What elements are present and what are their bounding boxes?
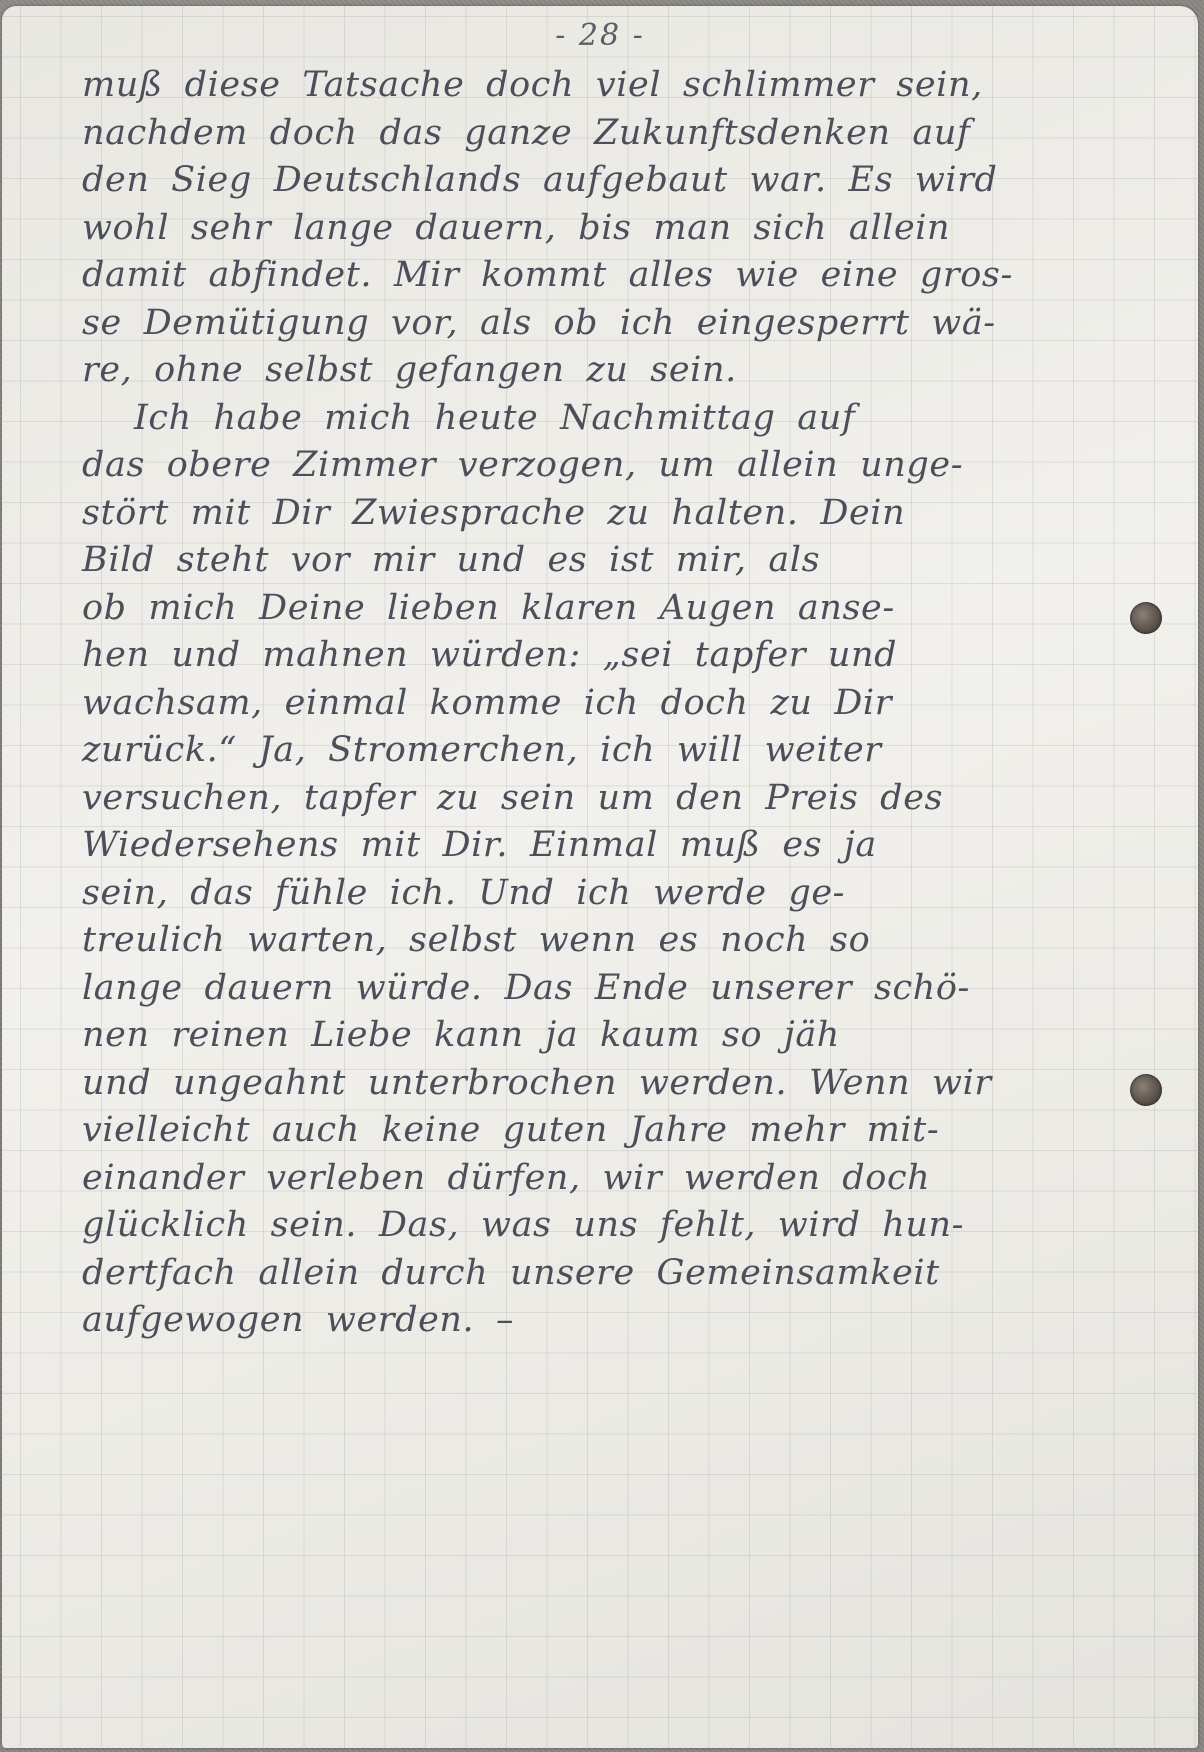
text-line: zurück.“ Ja, Stromerchen, ich will weite… — [82, 727, 1198, 775]
text-line: einander verleben dürfen, wir werden doc… — [82, 1155, 1198, 1203]
text-line: vielleicht auch keine guten Jahre mehr m… — [82, 1107, 1198, 1155]
text-line: damit abfindet. Mir kommt alles wie eine… — [82, 252, 1198, 300]
text-line: aufgewogen werden. – — [82, 1297, 1198, 1345]
text-line: sein, das fühle ich. Und ich werde ge- — [82, 870, 1198, 918]
text-line: dertfach allein durch unsere Gemeinsamke… — [82, 1250, 1198, 1298]
text-line: nen reinen Liebe kann ja kaum so jäh — [82, 1012, 1198, 1060]
text-line: den Sieg Deutschlands aufgebaut war. Es … — [82, 157, 1198, 205]
text-line: glücklich sein. Das, was uns fehlt, wird… — [82, 1202, 1198, 1250]
text-line: versuchen, tapfer zu sein um den Preis d… — [82, 775, 1198, 823]
text-line: lange dauern würde. Das Ende unserer sch… — [82, 965, 1198, 1013]
text-line: re, ohne selbst gefangen zu sein. — [82, 347, 1198, 395]
text-line: treulich warten, selbst wenn es noch so — [82, 917, 1198, 965]
text-line: Ich habe mich heute Nachmittag auf — [82, 395, 1198, 443]
text-line: stört mit Dir Zwiesprache zu halten. Dei… — [82, 490, 1198, 538]
text-line: und ungeahnt unterbrochen werden. Wenn w… — [82, 1060, 1198, 1108]
paragraph-1: muß diese Tatsache doch viel schlimmer s… — [82, 62, 1198, 395]
text-line: hen und mahnen würden: „sei tapfer und — [82, 632, 1198, 680]
text-line: Wiedersehens mit Dir. Einmal muß es ja — [82, 822, 1198, 870]
text-line: wachsam, einmal komme ich doch zu Dir — [82, 680, 1198, 728]
text-line: nachdem doch das ganze Zukunftsdenken au… — [82, 110, 1198, 158]
notebook-page: - 28 - muß diese Tatsache doch viel schl… — [2, 6, 1198, 1748]
text-line: wohl sehr lange dauern, bis man sich all… — [82, 205, 1198, 253]
text-line: muß diese Tatsache doch viel schlimmer s… — [82, 62, 1198, 110]
page-number: - 28 - — [2, 18, 1198, 53]
text-line: das obere Zimmer verzogen, um allein ung… — [82, 442, 1198, 490]
paragraph-2: Ich habe mich heute Nachmittag auf das o… — [82, 395, 1198, 1345]
text-line: Bild steht vor mir und es ist mir, als — [82, 537, 1198, 585]
text-line: se Demütigung vor, als ob ich eingesperr… — [82, 300, 1198, 348]
handwritten-text: muß diese Tatsache doch viel schlimmer s… — [82, 62, 1198, 1345]
text-line: ob mich Deine lieben klaren Augen anse- — [82, 585, 1198, 633]
